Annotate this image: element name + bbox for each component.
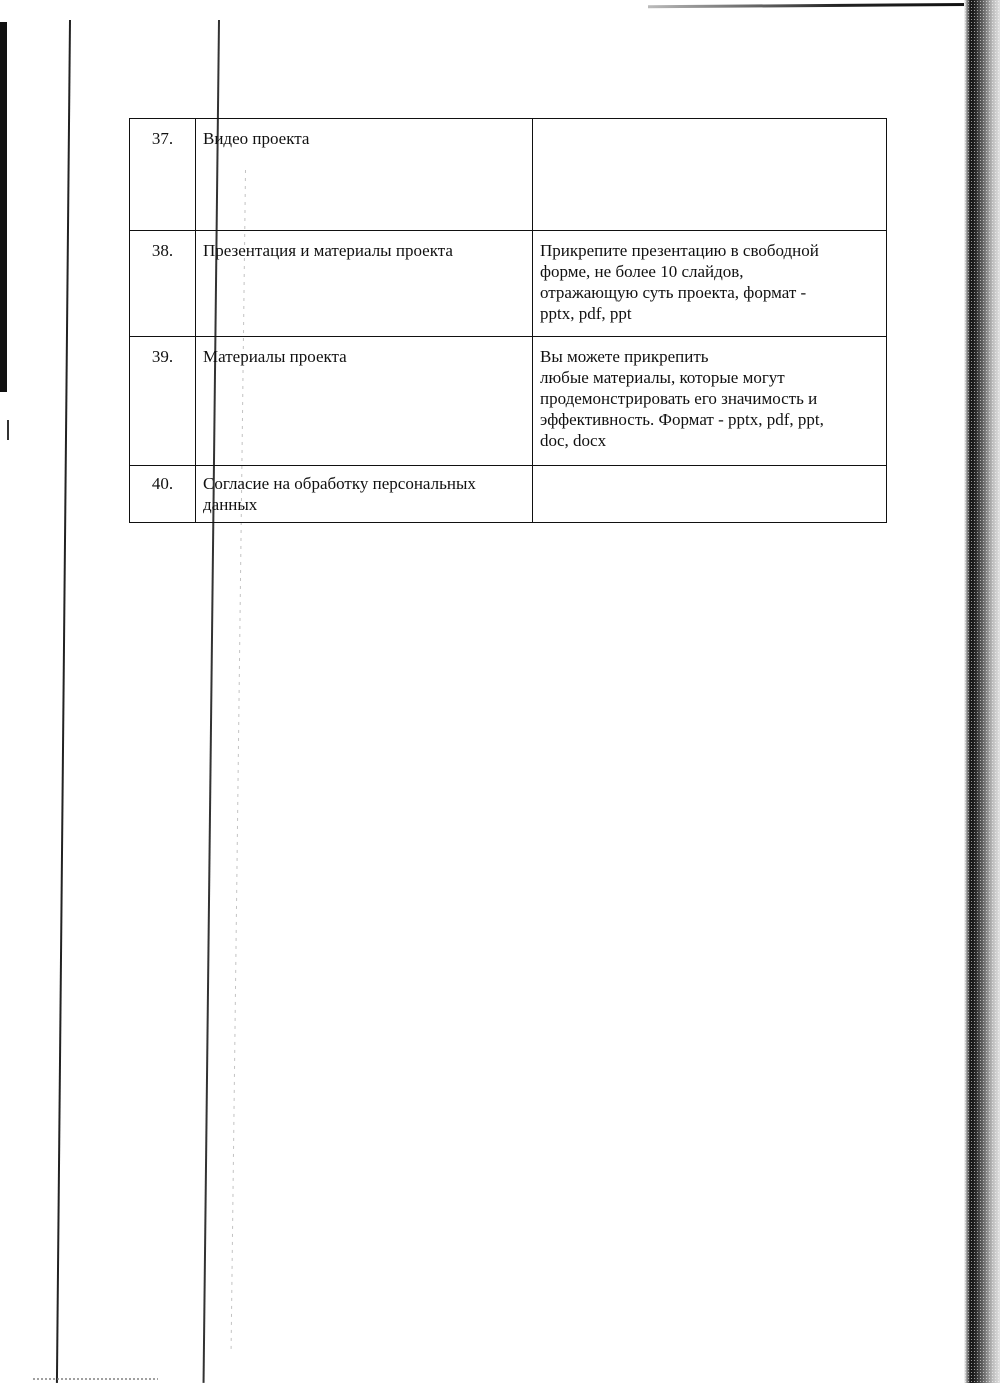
field-name: Согласие на обработку персональных данны… xyxy=(196,466,533,523)
scan-edge-artifact xyxy=(7,420,9,440)
table-row: 39. Материалы проекта Вы можете прикрепи… xyxy=(130,337,887,466)
field-description xyxy=(533,119,887,231)
description-line: Вы можете прикрепить xyxy=(540,346,879,367)
scan-edge-artifact xyxy=(0,22,7,392)
description-line: любые материалы, которые могут xyxy=(540,367,879,388)
description-line: doc, docx xyxy=(540,430,879,451)
scan-line-artifact xyxy=(56,20,71,1383)
project-fields-table: 37. Видео проекта 38. Презентация и мате… xyxy=(129,118,887,523)
scan-right-edge-artifact xyxy=(964,0,1000,1383)
scan-bottom-noise-artifact xyxy=(33,1378,158,1380)
description-line: Прикрепите презентацию в свободной xyxy=(540,240,879,261)
row-number: 40. xyxy=(130,466,196,523)
field-description: Прикрепите презентацию в свободной форме… xyxy=(533,231,887,337)
field-description xyxy=(533,466,887,523)
row-number: 39. xyxy=(130,337,196,466)
field-name: Презентация и материалы проекта xyxy=(196,231,533,337)
table-row: 40. Согласие на обработку персональных д… xyxy=(130,466,887,523)
table-row: 38. Презентация и материалы проекта Прик… xyxy=(130,231,887,337)
row-number: 38. xyxy=(130,231,196,337)
description-line: эффективность. Формат - pptx, pdf, ppt, xyxy=(540,409,879,430)
field-name: Материалы проекта xyxy=(196,337,533,466)
field-description: Вы можете прикрепить любые материалы, ко… xyxy=(533,337,887,466)
table-row: 37. Видео проекта xyxy=(130,119,887,231)
row-number: 37. xyxy=(130,119,196,231)
field-name: Видео проекта xyxy=(196,119,533,231)
description-line: форме, не более 10 слайдов, xyxy=(540,261,879,282)
description-line: pptx, pdf, ppt xyxy=(540,303,879,324)
description-line: отражающую суть проекта, формат - xyxy=(540,282,879,303)
description-line: продемонстрировать его значимость и xyxy=(540,388,879,409)
scan-top-edge-artifact xyxy=(648,3,968,8)
